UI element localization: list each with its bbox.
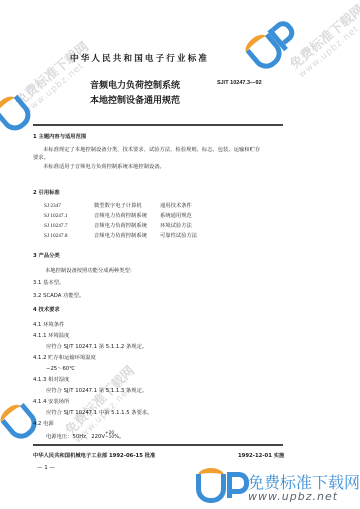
section-3-heading: 3 产品分类 <box>33 253 60 260</box>
section-4-1-1-text: 应符合 SJ/T 10247.1 第 5.1.1.2 条规定。 <box>46 344 147 351</box>
section-1-para1-cont: 要求。 <box>33 155 49 162</box>
reference-list: SJ 2347 微型数字电子计算机 通用技术条件 SJ 10247.1 音频电力… <box>44 203 197 243</box>
section-2-heading: 2 引用标准 <box>33 190 60 197</box>
page-number: — 1 — <box>37 465 55 471</box>
reference-item: SJ 10247.7 音频电力负荷控制系统 环境试验方法 <box>44 223 197 233</box>
tolerance-minus: −10 <box>105 436 114 440</box>
reference-subtitle: 可靠性试验方法 <box>160 233 197 243</box>
section-1-para1: 本标准规定了本地控制设备分类、技术要求、试验方法、检验规则、标志、包装、运输和贮… <box>43 147 260 154</box>
section-4-1-2-text: −25～60℃ <box>46 366 75 373</box>
reference-code: SJ 10247.7 <box>44 223 94 233</box>
watermark-text: 免费标准下载网 <box>13 40 92 110</box>
up-logo-icon <box>196 468 246 504</box>
voltage-tolerance: +20−10 <box>105 432 114 441</box>
section-4-1-2: 4.1.2 贮存和运输环境温度 <box>33 355 96 362</box>
reference-code: SJ 2347 <box>44 203 94 213</box>
header-divider <box>33 124 283 126</box>
reference-title: 微型数字电子计算机 <box>94 203 160 213</box>
reference-item: SJ 10247.1 音频电力负荷控制系统 系统通用规范 <box>44 213 197 223</box>
voltage-suffix: %。 <box>114 434 124 440</box>
document-title-line1: 音频电力负荷控制系统 <box>90 78 180 91</box>
reference-item: SJ 2347 微型数字电子计算机 通用技术条件 <box>44 203 197 213</box>
footer-divider <box>33 444 283 446</box>
section-4-1-3-text: 应符合 SJ/T 10247.1 第 5.1.1.3 条规定。 <box>46 388 147 395</box>
section-4-1: 4.1 环境条件 <box>33 322 64 329</box>
reference-subtitle: 系统通用规范 <box>160 213 192 223</box>
reference-code: SJ 10247.8 <box>44 233 94 243</box>
effective-date: 1992-12-01 实施 <box>238 451 284 459</box>
section-3-intro: 本地控制设备按照功能分成两种类型： <box>45 268 135 275</box>
reference-title: 音频电力负荷控制系统 <box>94 223 160 233</box>
section-3-1: 3.1 基本型。 <box>33 280 64 287</box>
reference-subtitle: 环境试验方法 <box>160 223 192 233</box>
standard-number: SJ/T 10247.3—92 <box>217 80 262 86</box>
document-page: 免费标准下载网 www.upbz.net 免费标准下载网 www.upbz.ne… <box>0 0 360 509</box>
reference-subtitle: 通用技术条件 <box>160 203 192 213</box>
section-4-1-1: 4.1.1 环境温度 <box>33 333 69 340</box>
section-1-para2: 本标准适用于音频电力负荷控制系统本地控制设备。 <box>43 164 165 171</box>
section-4-1-4: 4.1.4 安装场所 <box>33 399 69 406</box>
document-title-line2: 本地控制设备通用规范 <box>90 93 180 106</box>
reference-title: 音频电力负荷控制系统 <box>94 213 160 223</box>
section-4-2: 4.2 电源 <box>33 421 54 428</box>
reference-title: 音频电力负荷控制系统 <box>94 233 160 243</box>
approval-statement: 中华人民共和国机械电子工业部 1992-06-15 批准 <box>33 451 155 459</box>
reference-item: SJ 10247.8 音频电力负荷控制系统 可靠性试验方法 <box>44 233 197 243</box>
section-1-heading: 1 主题内容与适用范围 <box>33 134 86 141</box>
section-3-2: 3.2 SCADA 功能型。 <box>33 293 84 300</box>
up-logo-icon <box>242 22 298 78</box>
issuing-organization: 中华人民共和国电子行业标准 <box>70 52 209 64</box>
section-4-1-4-text: 应符合 SJ/T 10247.1 中第 5.1.1.5 条要求。 <box>46 410 152 417</box>
voltage-spec: 电源电压：50Hz，220V <box>46 434 105 440</box>
brand-url: www.upbz.net <box>248 490 338 503</box>
section-4-1-3: 4.1.3 相对湿度 <box>33 377 69 384</box>
reference-code: SJ 10247.1 <box>44 213 94 223</box>
section-4-heading: 4 技术要求 <box>33 307 60 314</box>
watermark-text: 免费标准下载网 <box>63 363 138 438</box>
section-4-2-text: 电源电压：50Hz，220V+20−10%。 <box>46 432 124 441</box>
